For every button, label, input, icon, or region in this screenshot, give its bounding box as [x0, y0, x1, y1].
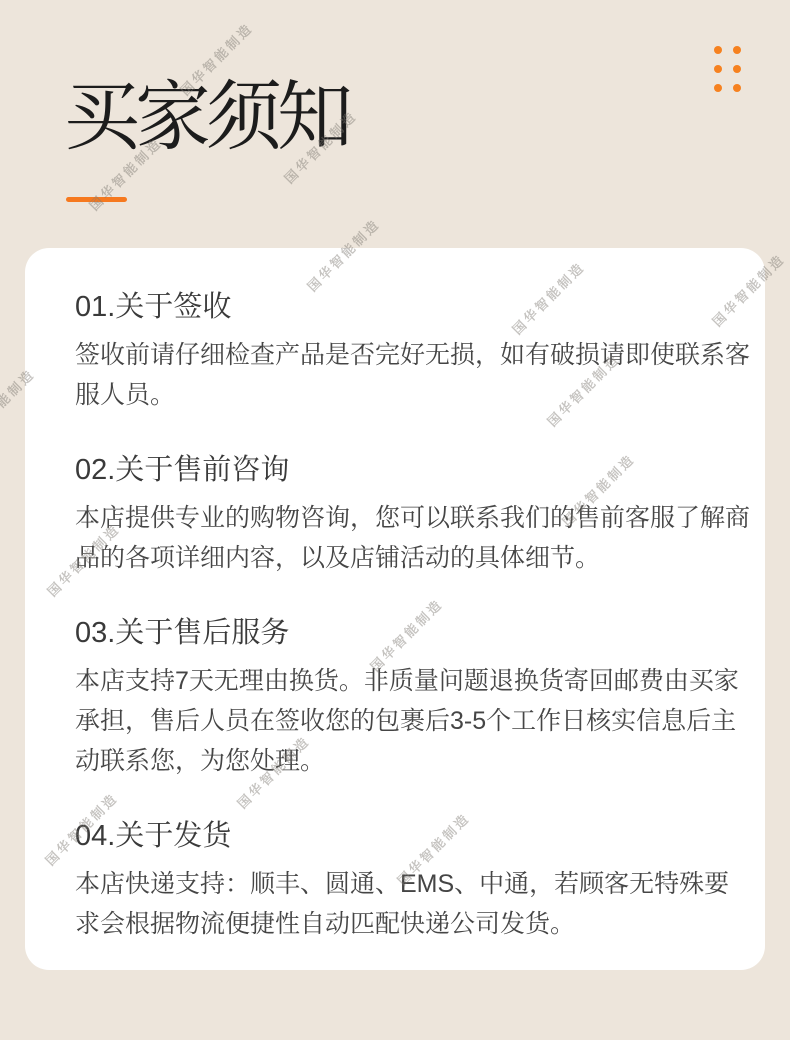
dot-icon — [733, 65, 741, 73]
section-aftersale: 03.关于售后服务 本店支持7天无理由换货。非质量问题退换货寄回邮费由买家承担，… — [75, 616, 751, 781]
section-presale: 02.关于售前咨询 本店提供专业的购物咨询，您可以联系我们的售前客服了解商品的各… — [75, 453, 751, 578]
dot-icon — [733, 46, 741, 54]
dot-icon — [714, 65, 722, 73]
section-heading: 01.关于签收 — [75, 290, 751, 324]
page-title: 买家须知 — [64, 75, 348, 160]
section-body: 本店快递支持：顺丰、圆通、EMS、中通，若顾客无特殊要求会根据物流便捷性自动匹配… — [75, 864, 751, 944]
section-heading: 04.关于发货 — [75, 819, 751, 853]
notice-card: 01.关于签收 签收前请仔细检查产品是否完好无损，如有破损请即使联系客服人员。 … — [25, 248, 765, 970]
dot-icon — [714, 46, 722, 54]
section-body: 本店提供专业的购物咨询，您可以联系我们的售前客服了解商品的各项详细内容，以及店铺… — [75, 498, 751, 578]
buyer-notice-poster: 买家须知 01.关于签收 签收前请仔细检查产品是否完好无损，如有破损请即使联系客… — [0, 0, 790, 1040]
section-body: 签收前请仔细检查产品是否完好无损，如有破损请即使联系客服人员。 — [75, 335, 751, 415]
dots-decoration — [714, 46, 741, 92]
dot-icon — [714, 84, 722, 92]
section-heading: 02.关于售前咨询 — [75, 453, 751, 487]
dot-icon — [733, 84, 741, 92]
title-underline — [66, 197, 127, 202]
section-body: 本店支持7天无理由换货。非质量问题退换货寄回邮费由买家承担，售后人员在签收您的包… — [75, 661, 751, 781]
section-heading: 03.关于售后服务 — [75, 616, 751, 650]
section-shipping: 04.关于发货 本店快递支持：顺丰、圆通、EMS、中通，若顾客无特殊要求会根据物… — [75, 819, 751, 944]
section-receipt: 01.关于签收 签收前请仔细检查产品是否完好无损，如有破损请即使联系客服人员。 — [75, 290, 751, 415]
